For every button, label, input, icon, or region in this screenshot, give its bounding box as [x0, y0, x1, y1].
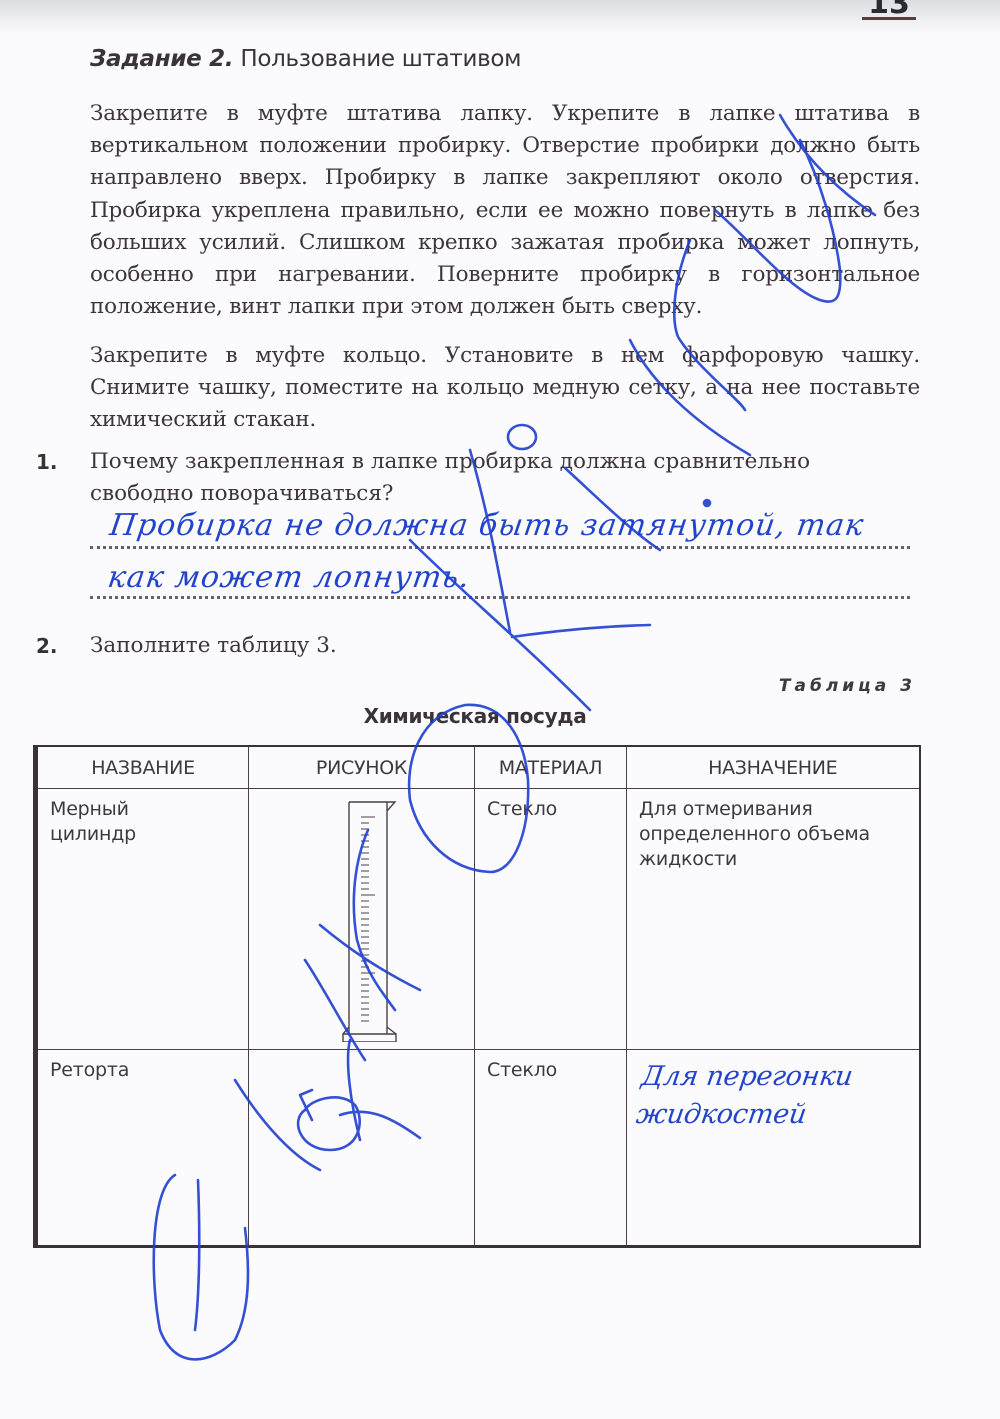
cell-purpose: Для перегонки жидкостей — [627, 1050, 920, 1247]
table-row: Мерный цилиндр Стекло Для отмеривания оп… — [36, 789, 920, 1050]
cell-name: Реторта — [36, 1050, 249, 1247]
chemical-glassware-table: НАЗВАНИЕ РИСУНОК МАТЕРИАЛ НАЗНАЧЕНИЕ Мер… — [33, 745, 921, 1248]
question-number: 2. — [36, 630, 58, 662]
task-title: Пользование штативом — [240, 46, 521, 72]
header-name: НАЗВАНИЕ — [36, 746, 249, 789]
item-name: Мерный цилиндр — [50, 797, 160, 847]
cell-material: Стекло — [475, 1050, 627, 1247]
task-paragraph-1: Закрепите в муфте штатива лапку. Укрепит… — [90, 98, 920, 323]
table-header-row: НАЗВАНИЕ РИСУНОК МАТЕРИАЛ НАЗНАЧЕНИЕ — [36, 746, 920, 789]
task-lead: Задание 2. — [90, 46, 233, 72]
answer-line-2[interactable] — [90, 596, 910, 599]
question-number: 1. — [36, 446, 58, 478]
task-paragraph-2: Закрепите в муфте кольцо. Установите в н… — [90, 340, 920, 437]
cell-material: Стекло — [475, 789, 627, 1050]
measuring-cylinder-icon — [261, 797, 461, 1042]
cell-purpose: Для отмеривания определенного объема жид… — [627, 789, 920, 1050]
table-label: Таблица 3 — [779, 676, 916, 696]
header-material: МАТЕРИАЛ — [475, 746, 627, 789]
page-number-rule — [862, 17, 916, 20]
table-title: Химическая посуда — [0, 704, 950, 728]
task-heading: Задание 2. Пользование штативом — [90, 46, 521, 72]
handwritten-purpose: Для перегонки жидкостей — [634, 1058, 915, 1134]
scan-top-shadow — [0, 0, 1000, 34]
cell-drawing — [249, 1050, 475, 1247]
header-drawing: РИСУНОК — [249, 746, 475, 789]
answer-line-1[interactable] — [90, 546, 910, 549]
handwritten-answer-line-1: Пробирка не должна быть затянутой, так — [108, 508, 867, 543]
table-row: Реторта Стекло Для перегонки жидкостей — [36, 1050, 920, 1247]
handwritten-answer-line-2: как может лопнуть. — [106, 560, 473, 595]
question-text: Почему закрепленная в лапке пробирка дол… — [90, 446, 920, 510]
question-text: Заполните таблицу 3. — [90, 630, 920, 662]
cell-drawing — [249, 789, 475, 1050]
header-purpose: НАЗНАЧЕНИЕ — [627, 746, 920, 789]
cell-name: Мерный цилиндр — [36, 789, 249, 1050]
